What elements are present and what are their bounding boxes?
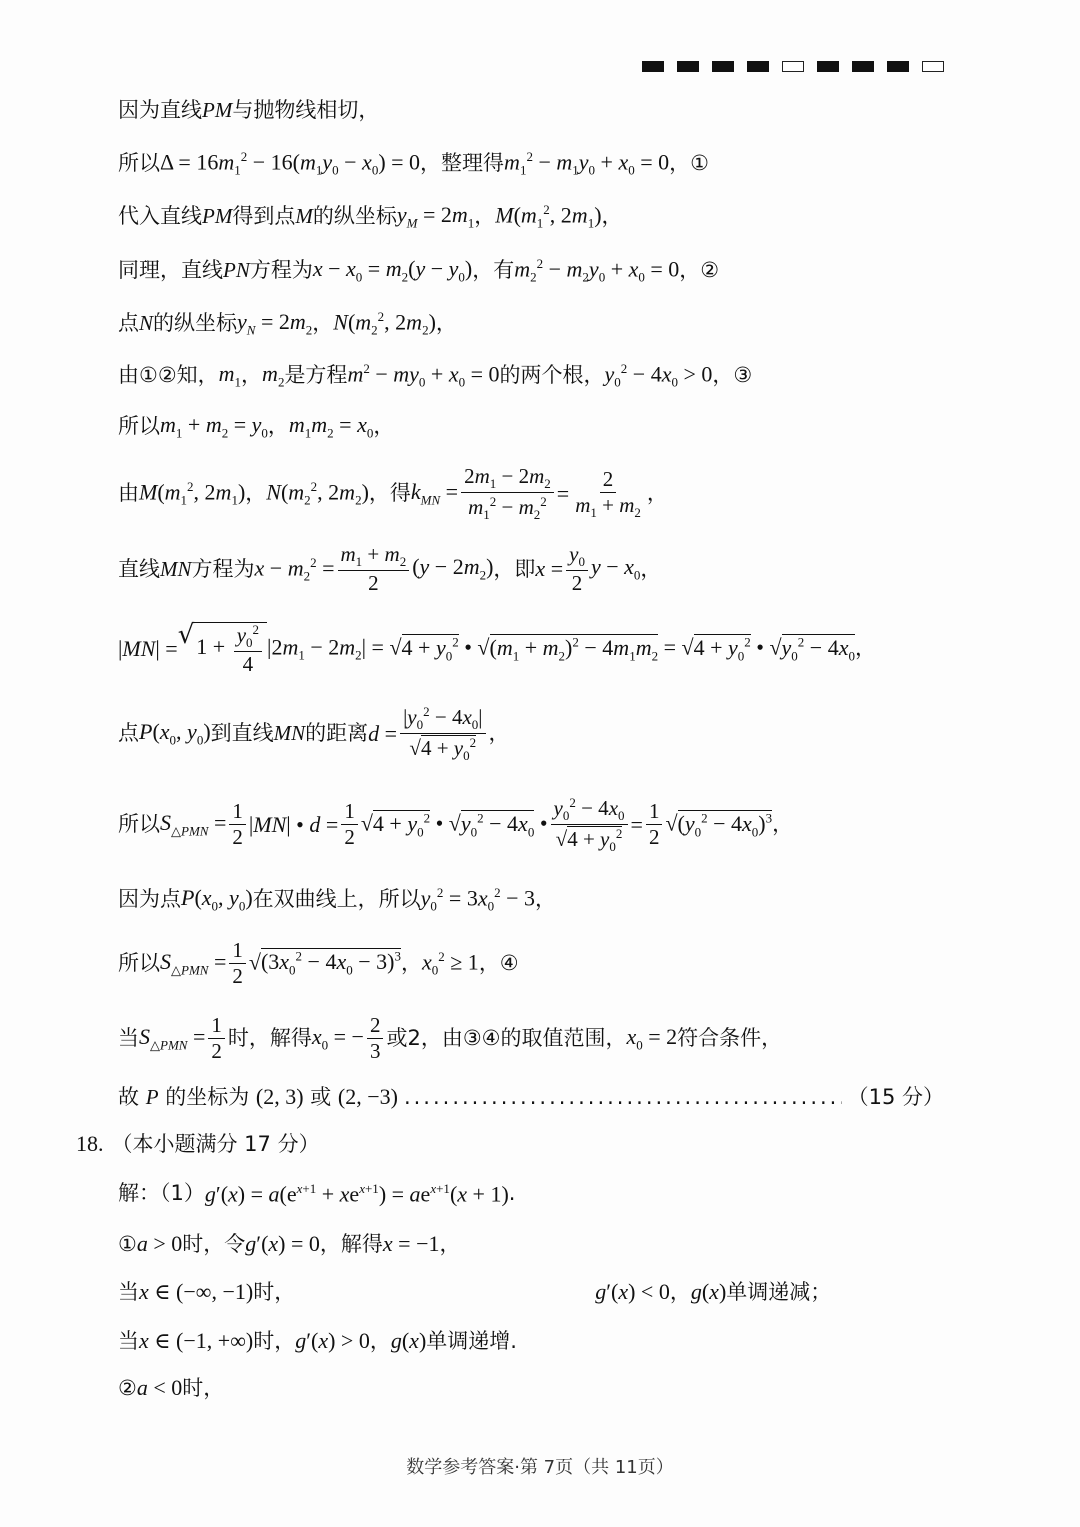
leader-dots: ........................................… — [404, 1087, 842, 1108]
filled-square-mark — [642, 61, 664, 72]
problem-18-line: 解：（1）g′(x) = a(ex+1 + xex+1) = aex+1(x +… — [118, 1182, 515, 1205]
filled-square-mark — [747, 61, 769, 72]
solution-line: 因为直线 PM 与抛物线相切， — [118, 100, 379, 121]
solution-line: 所以Δ = 16m12 − 16(m1y0 − x0) = 0，整理得 m12 … — [118, 150, 709, 177]
solution-line: 点 P(x0, y0) 到直线 MN 的距离 d = |y02 − 4x0|√4… — [118, 705, 510, 762]
solution-line: 因为点 P(x0, y0) 在双曲线上，所以 y02 = 3x02 − 3， — [118, 886, 556, 913]
page-position-marks — [642, 61, 944, 72]
problem-18-line: 当 x ∈ (−1, +∞) 时，g′(x) > 0，g(x) 单调递增. — [118, 1330, 517, 1352]
solution-line: 所以 S△PMN = 12|MN| • d = 12√4 + y02 • √y0… — [118, 796, 793, 853]
solution-line: 直线 MN 方程为 x − m22 = m1 + m22(y − 2m2)，即 … — [118, 544, 661, 594]
problem-18-line: ②a < 0 时， — [118, 1377, 224, 1399]
filled-square-mark — [887, 61, 909, 72]
page-footer: 数学参考答案·第 7页（共 11页） — [0, 1453, 1080, 1479]
solution-line: |MN| = √1 + y024|2m1 − 2m2| = √4 + y02 •… — [118, 622, 876, 675]
conclusion-line: 故 P 的坐标为 (2, 3) 或 (2, −3) ..............… — [118, 1086, 944, 1108]
filled-square-mark — [817, 61, 839, 72]
solution-line: 当 S△PMN = 12时，解得 x0 = −23或2，由③④的取值范围，x0 … — [118, 1015, 782, 1062]
answer-page: 因为直线 PM 与抛物线相切，所以Δ = 16m12 − 16(m1y0 − x… — [0, 0, 1080, 1527]
problem-number: 18. — [76, 1133, 104, 1155]
solution-line: 点 N 的纵坐标 yN = 2m2，N(m22, 2m2)， — [118, 310, 457, 337]
open-square-mark — [782, 61, 804, 72]
filled-square-mark — [677, 61, 699, 72]
score-label: （15 分） — [848, 1087, 944, 1108]
solution-line: 所以 S△PMN = 12√(3x02 − 4x0 − 3)3 ，x02 ≥ 1… — [118, 940, 519, 987]
open-square-mark — [922, 61, 944, 72]
conclusion-text: 故 P 的坐标为 (2, 3) 或 (2, −3) — [118, 1086, 398, 1108]
solution-line: 所以 m1 + m2 = y0，m1m2 = x0， — [118, 414, 394, 439]
solution-line: 同理，直线 PN 方程为 x − x0 = m2(y − y0)，有 m22 −… — [118, 257, 719, 284]
filled-square-mark — [712, 61, 734, 72]
problem-18-header: 18. （本小题满分 17 分） — [76, 1133, 320, 1155]
problem-title: （本小题满分 17 分） — [112, 1134, 320, 1155]
solution-line: 代入直线 PM 得到点 M 的纵坐标 yM = 2m1，M(m12, 2m1)， — [118, 203, 623, 230]
filled-square-mark — [852, 61, 874, 72]
solution-line: 由①②知，m1，m2是方程 m2 − my0 + x0 = 0 的两个根，y02… — [118, 362, 752, 389]
problem-18-line: 当 x ∈ (−∞, −1) 时，g′(x) < 0，g(x) 单调递减； — [118, 1281, 831, 1303]
solution-line: 由 M(m12, 2m1)，N(m22, 2m2)，得 kMN = 2m1 − … — [118, 466, 668, 521]
problem-18-line: ①a > 0 时，令 g′(x) = 0，解得 x = −1， — [118, 1233, 460, 1255]
